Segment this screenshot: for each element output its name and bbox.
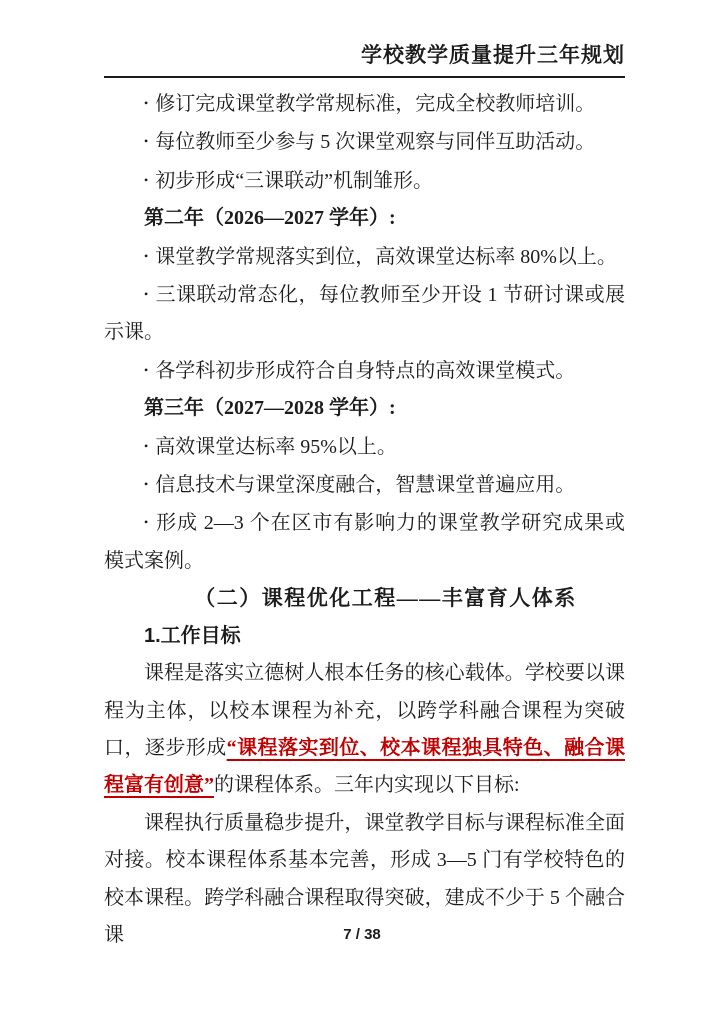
page-number: 7 / 38 (343, 926, 381, 943)
bullet-icon: • (144, 477, 148, 491)
bullet-item: •信息技术与课堂深度融合，智慧课堂普遍应用。 (104, 466, 625, 504)
bullet-icon: • (144, 439, 148, 453)
bullet-icon: • (144, 515, 148, 529)
bullet-icon: • (144, 363, 148, 377)
document-title: 学校教学质量提升三年规划 (104, 44, 625, 68)
bullet-icon: • (144, 287, 148, 301)
bullet-text: 三课联动常态化，每位教师至少开设 1 节研讨课或展示课。 (104, 284, 625, 343)
bullet-text: 初步形成“三课联动”机制雏形。 (155, 170, 433, 192)
page-footer: 7 / 38 (0, 926, 724, 943)
bullet-text: 课堂教学常规落实到位，高效课堂达标率 80%以上。 (155, 246, 617, 268)
year3-heading: 第三年（2027—2028 学年）: (104, 390, 625, 427)
bullet-text: 各学科初步形成符合自身特点的高效课堂模式。 (155, 360, 575, 382)
bullet-icon: • (144, 96, 148, 110)
bullet-text: 信息技术与课堂深度融合，智慧课堂普遍应用。 (155, 474, 575, 496)
year2-heading: 第二年（2026—2027 学年）: (104, 200, 625, 237)
document-body: •修订完成课堂教学常规标准，完成全校教师培训。 •每位教师至少参与 5 次课堂观… (104, 85, 625, 954)
bullet-item: •高效课堂达标率 95%以上。 (104, 428, 625, 466)
bullet-icon: • (144, 134, 148, 148)
bullet-item: •形成 2—3 个在区市有影响力的课堂教学研究成果或模式案例。 (104, 504, 625, 580)
bullet-item: •修订完成课堂教学常规标准，完成全校教师培训。 (104, 85, 625, 123)
page-header: 学校教学质量提升三年规划 (104, 0, 625, 78)
bullet-item: •三课联动常态化，每位教师至少开设 1 节研讨课或展示课。 (104, 276, 625, 352)
bullet-text: 高效课堂达标率 95%以上。 (155, 436, 397, 458)
bullet-text: 修订完成课堂教学常规标准，完成全校教师培训。 (155, 93, 595, 115)
section-heading: （二）课程优化工程——丰富育人体系 (104, 580, 625, 617)
bullet-text: 每位教师至少参与 5 次课堂观察与同伴互助活动。 (155, 131, 595, 153)
paragraph-goals: 课程是落实立德树人根本任务的核心载体。学校要以课程为主体，以校本课程为补充，以跨… (104, 655, 625, 805)
subsection-heading: 1.工作目标 (104, 618, 625, 655)
bullet-icon: • (144, 249, 148, 263)
bullet-item: •各学科初步形成符合自身特点的高效课堂模式。 (104, 352, 625, 390)
bullet-text: 形成 2—3 个在区市有影响力的课堂教学研究成果或模式案例。 (104, 512, 625, 571)
document-page: 学校教学质量提升三年规划 •修订完成课堂教学常规标准，完成全校教师培训。 •每位… (0, 0, 724, 1024)
bullet-icon: • (144, 173, 148, 187)
bullet-item: •课堂教学常规落实到位，高效课堂达标率 80%以上。 (104, 238, 625, 276)
bullet-item: •初步形成“三课联动”机制雏形。 (104, 162, 625, 200)
paragraph-text: 的课程体系。三年内实现以下目标: (214, 774, 520, 796)
bullet-item: •每位教师至少参与 5 次课堂观察与同伴互助活动。 (104, 123, 625, 161)
